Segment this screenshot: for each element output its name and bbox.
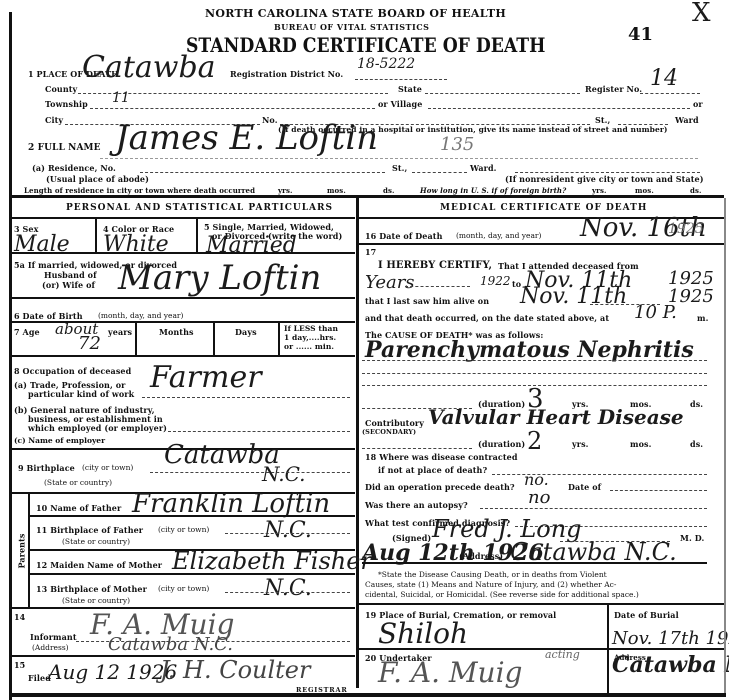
certify-caps: I HEREBY CERTIFY, [378,260,492,271]
rule [196,219,198,252]
residence-sub-label: (Usual place of abode) [46,174,149,184]
months-label: Months [159,327,194,337]
father-birthplace-sub-1: (city or town) [158,525,209,534]
length-of-residence-label: Length of residence in city or town wher… [24,186,255,195]
contracted-label-2: if not at place of death? [378,465,487,475]
length-mos-label: mos. [327,186,346,195]
residence-label: (a) Residence, No. [32,163,116,173]
medical-section-title: MEDICAL CERTIFICATE OF DEATH [440,203,647,213]
rule [12,217,355,219]
contributory-duration-years: 2 [527,427,542,455]
undertaker-value: F. A. Muig [378,656,522,689]
trade-label-2: particular kind of work [28,389,134,399]
full-name-side-note: 135 [440,134,474,155]
burial-date-value: Nov. 17th 1926 [612,628,729,649]
rule [12,297,355,299]
date-of-death-year: 1925 [668,221,704,237]
birthplace-sub-2: (State or country) [44,478,112,487]
age-label: 7 Age [14,327,40,337]
less-label-1: If LESS than [284,324,338,333]
residence-ward-label: Ward. [470,163,497,173]
register-number: 14 [650,66,678,91]
ward-label: Ward [675,115,699,125]
occurred-label: and that death occurred, on the date sta… [365,313,609,323]
residence-street-label: St., [392,163,407,173]
city-label: City [45,115,63,125]
village-label: or Village [378,99,422,109]
board-title: NORTH CAROLINA STATE BOARD OF HEALTH [205,7,506,20]
date-of-death-label: 16 Date of Death [365,231,443,241]
rule [12,252,355,254]
full-name-label: 2 FULL NAME [28,143,101,153]
time-of-death: 10 P. [634,302,677,323]
informant-address-value: Catawba N.C. [108,634,233,655]
rule [29,515,355,517]
industry-label-3: which employed (or employer) [28,423,167,433]
less-label-3: or ...... min. [284,342,334,351]
attended-from-year: 1922 [480,274,511,288]
contributory-yrs-label: yrs. [572,439,589,449]
days-label: Days [235,327,257,337]
rule [135,322,137,355]
certificate-title: STANDARD CERTIFICATE OF DEATH [186,33,545,57]
mother-birthplace-sub-2: (State or country) [62,596,130,605]
mother-label: 12 Maiden Name of Mother [36,560,162,570]
contributory-value: Valvular Heart Disease [428,405,684,429]
contributory-ds-label: ds. [690,439,703,449]
length-ds-label: ds. [383,186,395,195]
column-divider [356,198,359,688]
bureau-title: BUREAU OF VITAL STATISTICS [274,22,429,32]
father-label: 10 Name of Father [36,503,121,513]
mother-value: Elizabeth Fisher [172,547,372,575]
physician-address-label: (Address) [459,551,503,561]
rule [278,322,280,355]
footnote-line-3: cidental, Suicidal, or Homicidal. (See r… [365,590,639,599]
spouse-label-2: Husband of [44,270,97,280]
corner-mark: X [692,0,711,28]
rule [362,562,707,564]
rule [95,219,97,252]
foreign-mos-label: mos. [635,186,654,195]
item-17-number: 17 [365,247,376,257]
registration-label: Registration District No. [230,69,343,79]
birthplace-state: N.C. [262,462,306,486]
occupation-label: 8 Occupation of deceased [14,366,131,376]
informant-number: 14 [14,612,25,622]
bottom-border [10,693,726,697]
county-label: County [45,84,77,94]
undertaker-note: acting [545,648,580,661]
nonresident-note: (If nonresident give city or town and St… [505,174,704,184]
burial-date-label: Date of Burial [614,610,679,620]
years-label: years [108,327,132,337]
operation-date-label: Date of [568,482,601,492]
birthplace-sub-1: (city or town) [82,463,133,472]
father-birthplace-sub-2: (State or country) [62,537,130,546]
rule [358,603,724,605]
rule [213,322,215,355]
mother-birthplace-value: N.C. [264,576,312,601]
father-birthplace-value: N.C. [264,518,312,543]
birthplace-label: 9 Birthplace [18,463,75,473]
registration-number: 18-5222 [357,56,415,72]
occupation-value: Farmer [150,360,262,395]
register-label: Register No. [585,84,642,94]
attended-from: Years [365,272,415,293]
last-seen-label: that I last saw him alive on [365,296,489,306]
rule [358,243,724,245]
m-label: m. [697,313,708,323]
length-yrs-label: yrs. [278,186,293,195]
filed-date: Aug 12 1926 [48,660,177,684]
autopsy-value: no [528,487,550,508]
undertaker-address: Catawba N.C. [612,652,729,678]
autopsy-label: Was there an autopsy? [365,500,468,510]
marital-value: Married [206,233,297,258]
burial-place-value: Shiloh [378,617,468,650]
spouse-value: Mary Loftin [118,258,321,298]
employer-label: (c) Name of employer [14,436,105,445]
spouse-label-3: (or) Wife of [42,280,95,290]
contributory-mos-label: mos. [630,439,652,449]
township-value: 11 [112,90,130,106]
footnote-line-1: *State the Disease Causing Death, or in … [378,570,607,579]
date-of-death-sub: (month, day, and year) [456,231,541,240]
contracted-label-1: 18 Where was disease contracted [365,452,518,462]
informant-label: Informant [30,632,77,642]
informant-address-label: (Address) [32,643,69,652]
secondary-label: (SECONDARY) [362,428,416,436]
full-name-value: James E. Loftin [115,118,378,158]
or-label: or [693,99,703,109]
father-birthplace-label: 11 Birthplace of Father [36,525,143,535]
footnote-line-2: Causes, state (1) Means and Nature of In… [365,580,616,589]
cause-ds-label: ds. [690,399,703,409]
county-value: Catawba [82,50,216,85]
main-divider [12,195,724,198]
rule [12,355,355,357]
age-value: 72 [78,333,101,354]
rule [29,573,355,575]
state-label: State [398,84,422,94]
right-border [724,198,726,693]
personal-section-title: PERSONAL AND STATISTICAL PARTICULARS [66,203,333,213]
foreign-yrs-label: yrs. [592,186,607,195]
foreign-birth-label: How long in U. S. if of foreign birth? [420,186,566,195]
mother-birthplace-sub-1: (city or town) [158,584,209,593]
township-label: Township [45,99,88,109]
less-label-2: 1 day,....hrs. [284,333,336,342]
md-label: M. D. [680,533,704,543]
parents-label: Parents [17,533,27,568]
last-seen-value: Nov. 11th [520,284,627,309]
page-number: 41 [628,24,653,45]
foreign-ds-label: ds. [690,186,702,195]
street-label: St., [595,115,610,125]
mother-birthplace-label: 13 Birthplace of Mother [36,584,147,594]
contributory-label: Contributory [365,418,424,428]
registrar-signature: J. H. Coulter [160,656,310,684]
dob-sub-label: (month, day, and year) [98,311,183,320]
filed-number: 15 [14,660,25,670]
contributory-duration-label: (duration) [478,439,525,449]
rule [358,648,724,650]
operation-label: Did an operation precede death? [365,482,515,492]
